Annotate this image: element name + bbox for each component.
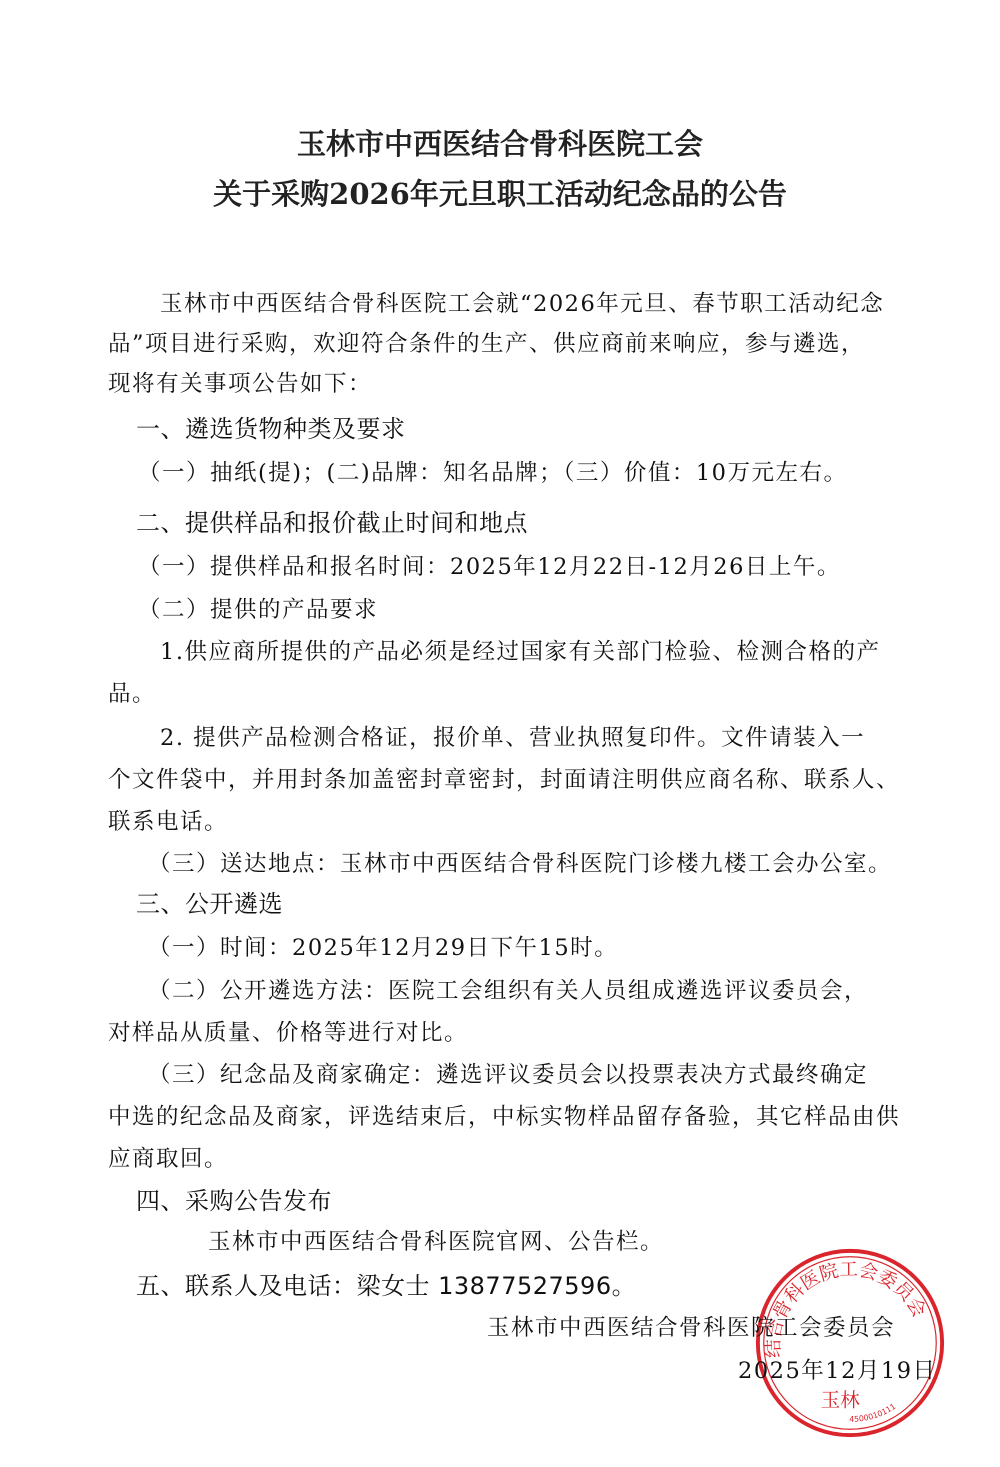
requirement-2-line-2: 个文件袋中，并用封条加盖密封章密封，封面请注明供应商名称、联系人、	[108, 762, 900, 794]
section-3-item-1: （一）时间：2025年12月29日下午15时。	[148, 930, 618, 962]
section-4-heading: 四、采购公告发布	[136, 1181, 332, 1216]
section-3-item-3-line-1: （三）纪念品及商家确定：遴选评议委员会以投票表决方式最终确定	[148, 1057, 868, 1089]
requirement-2-line-3: 联系电话。	[108, 804, 228, 836]
section-1-item: （一）抽纸(提)；(二)品牌：知名品牌；（三）价值：10万元左右。	[138, 455, 848, 487]
section-3-item-3-line-3: 应商取回。	[108, 1141, 228, 1173]
section-3-heading: 三、公开遴选	[136, 884, 283, 919]
intro-line-2: 品”项目进行采购，欢迎符合条件的生产、供应商前来响应，参与遴选，	[108, 326, 865, 358]
intro-line-1: 玉林市中西医结合骨科医院工会就“2026年元旦、春节职工活动纪念	[160, 286, 884, 318]
signature-organization: 玉林市中西医结合骨科医院工会委员会	[487, 1310, 895, 1342]
section-3-item-2-line-1: （二）公开遴选方法：医院工会组织有关人员组成遴选评议委员会，	[148, 973, 868, 1005]
section-2-item-1: （一）提供样品和报名时间：2025年12月22日-12月26日上午。	[138, 549, 841, 581]
svg-text:玉林: 玉林	[821, 1389, 861, 1412]
document-title-line-1: 玉林市中西医结合骨科医院工会	[0, 122, 1000, 163]
document-title-line-2: 关于采购2026年元旦职工活动纪念品的公告	[0, 172, 1000, 213]
section-1-heading: 一、遴选货物种类及要求	[136, 409, 406, 444]
requirement-1-line-2: 品。	[108, 676, 156, 708]
section-5-contact: 五、联系人及电话：梁女士 13877527596。	[136, 1266, 636, 1301]
requirement-1-line-1: 1.供应商所提供的产品必须是经过国家有关部门检验、检测合格的产	[160, 634, 880, 666]
document-page: 玉林市中西医结合骨科医院工会 关于采购2026年元旦职工活动纪念品的公告 玉林市…	[0, 0, 1000, 1467]
section-4-text: 玉林市中西医结合骨科医院官网、公告栏。	[208, 1224, 664, 1256]
section-2-item-2-heading: （二）提供的产品要求	[138, 592, 378, 624]
signature-date: 2025年12月19日	[738, 1353, 937, 1385]
requirement-2-line-1: 2. 提供产品检测合格证，报价单、营业执照复印件。文件请装入一	[160, 720, 865, 752]
section-3-item-2-line-2: 对样品从质量、价格等进行对比。	[108, 1015, 468, 1047]
section-2-heading: 二、提供样品和报价截止时间和地点	[136, 503, 528, 538]
section-3-item-3-line-2: 中选的纪念品及商家，评选结束后，中标实物样品留存备验，其它样品由供	[108, 1099, 900, 1131]
official-seal-icon: 结合骨科医院工会委员会 4500010111 玉林	[752, 1245, 948, 1441]
section-2-item-3: （三）送达地点：玉林市中西医结合骨科医院门诊楼九楼工会办公室。	[148, 846, 892, 878]
intro-line-3: 现将有关事项公告如下：	[108, 366, 372, 398]
